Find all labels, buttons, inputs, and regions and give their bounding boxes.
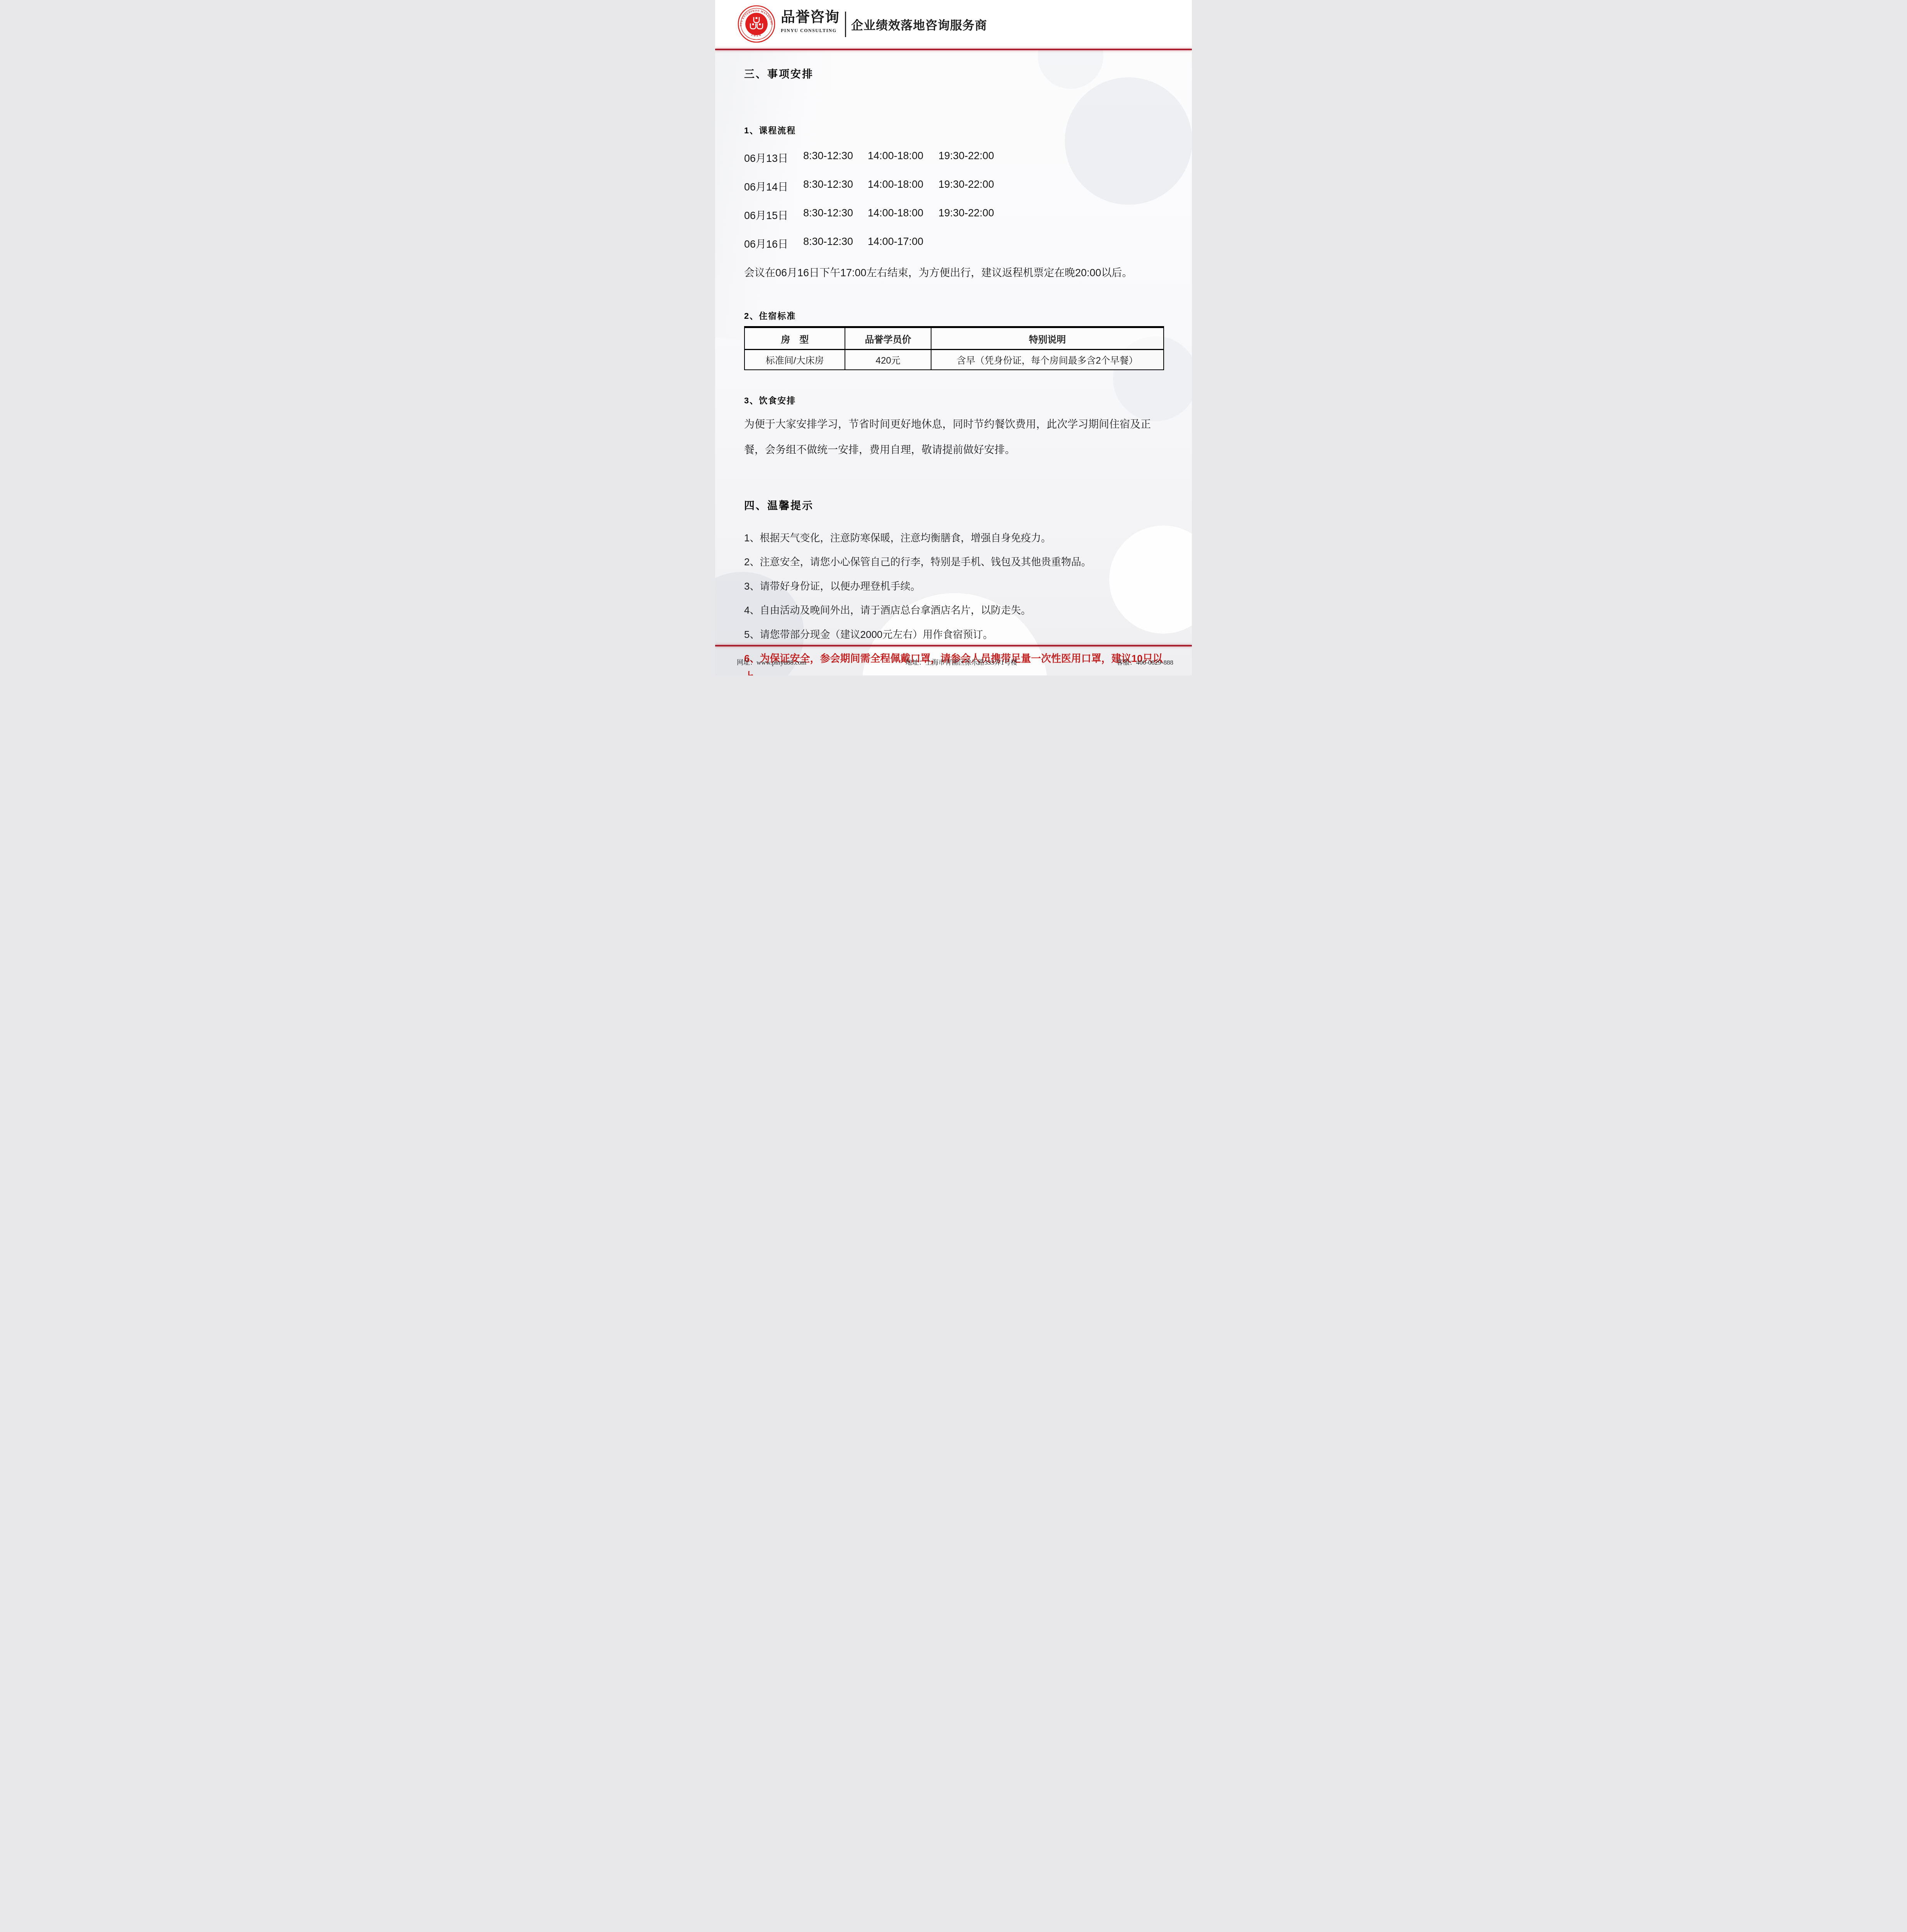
cell-special-note: 含早（凭身份证，每个房间最多含2个早餐） (931, 350, 1164, 370)
schedule-date: 06月16日 (744, 236, 803, 251)
tip-item: 2、注意安全，请您小心保管自己的行李，特别是手机、钱包及其他贵重物品。 (744, 553, 1164, 571)
dining-paragraph: 为便于大家安排学习，节省时间更好地休息，同时节约餐饮费用，此次学习期间住宿及正餐… (744, 412, 1164, 463)
schedule-slot: 14:00-18:00 (868, 207, 938, 222)
lodging-table-header-row: 房 型 品誉学员价 特别说明 (744, 327, 1164, 350)
subsection-title-schedule: 1、课程流程 (744, 124, 1164, 136)
schedule-slot: 19:30-22:00 (938, 207, 994, 222)
brand-name-en: PINYU CONSULTING (781, 28, 840, 34)
tips-list: 1、根据天气变化，注意防寒保暖，注意均衡膳食，增强自身免疫力。 2、注意安全，请… (744, 529, 1164, 675)
tip-item: 1、根据天气变化，注意防寒保暖，注意均衡膳食，增强自身免疫力。 (744, 529, 1164, 547)
schedule-row: 06月15日 8:30-12:30 14:00-18:00 19:30-22:0… (744, 207, 1164, 222)
section-title-tips: 四、温馨提示 (744, 497, 1164, 512)
section-title-arrangements: 三、事项安排 (744, 66, 1164, 81)
seal-icon: PINYU ENTERPRISE MANAGEMENT 2014 (738, 5, 775, 43)
tip-item: 5、请您带部分现金（建议2000元左右）用作食宿预订。 (744, 626, 1164, 644)
brand-name-cn: 品誉咨询 (781, 10, 840, 26)
company-tagline: 企业绩效落地咨询服务商 (851, 15, 987, 33)
tip-item: 4、自由活动及晚间外出，请于酒店总台拿酒店名片，以防走失。 (744, 602, 1164, 619)
schedule-date: 06月13日 (744, 150, 803, 165)
schedule-row: 06月14日 8:30-12:30 14:00-18:00 19:30-22:0… (744, 179, 1164, 194)
schedule-slot: 19:30-22:00 (938, 179, 994, 194)
page-header: PINYU ENTERPRISE MANAGEMENT 2014 (715, 0, 1192, 49)
footer-address: 地址：上海市青浦区徐乐路333弄1号楼 (906, 657, 1017, 667)
cell-member-price: 420元 (845, 350, 931, 370)
schedule-row: 06月16日 8:30-12:30 14:00-17:00 (744, 236, 1164, 251)
schedule-slot: 14:00-18:00 (868, 179, 938, 194)
col-header-member-price: 品誉学员价 (845, 327, 931, 350)
schedule-slot: 8:30-12:30 (803, 150, 868, 165)
schedule-slot: 8:30-12:30 (803, 236, 868, 251)
schedule-date: 06月15日 (744, 207, 803, 222)
subsection-title-lodging: 2、住宿标准 (744, 310, 1164, 321)
document-page: PINYU ENTERPRISE MANAGEMENT 2014 (715, 0, 1192, 675)
schedule-slot: 19:30-22:00 (938, 150, 994, 165)
tip-item: 3、请带好身份证，以便办理登机手续。 (744, 578, 1164, 595)
schedule-slot: 14:00-17:00 (868, 236, 938, 251)
cell-room-type: 标准间/大床房 (744, 350, 845, 370)
schedule-slot: 8:30-12:30 (803, 207, 868, 222)
lodging-table-row: 标准间/大床房 420元 含早（凭身份证，每个房间最多含2个早餐） (744, 350, 1164, 370)
schedule-row: 06月13日 8:30-12:30 14:00-18:00 19:30-22:0… (744, 150, 1164, 165)
subsection-title-dining: 3、饮食安排 (744, 394, 1164, 406)
brand-block: 品誉咨询 PINYU CONSULTING (781, 10, 840, 34)
schedule-slot: 14:00-18:00 (868, 150, 938, 165)
col-header-room-type: 房 型 (744, 327, 845, 350)
page-footer: 网址：www.pinyu88.com 地址：上海市青浦区徐乐路333弄1号楼 客… (715, 657, 1192, 667)
document-body: 三、事项安排 1、课程流程 06月13日 8:30-12:30 14:00-18… (715, 0, 1192, 675)
course-schedule: 06月13日 8:30-12:30 14:00-18:00 19:30-22:0… (744, 150, 1164, 251)
header-divider (845, 12, 846, 37)
schedule-date: 06月14日 (744, 179, 803, 194)
schedule-note: 会议在06月16日下午17:00左右结束，为方便出行，建议返程机票定在晚20:0… (744, 264, 1164, 279)
company-seal-logo: PINYU ENTERPRISE MANAGEMENT 2014 (738, 5, 775, 43)
lodging-table: 房 型 品誉学员价 特别说明 标准间/大床房 420元 含早（凭身份证，每个房间… (744, 326, 1164, 370)
footer-divider-line (715, 645, 1192, 646)
footer-website: 网址：www.pinyu88.com (737, 657, 806, 667)
footer-service-phone: 客服：400-0829-888 (1117, 657, 1173, 667)
col-header-special-note: 特别说明 (931, 327, 1164, 350)
schedule-slot: 8:30-12:30 (803, 179, 868, 194)
